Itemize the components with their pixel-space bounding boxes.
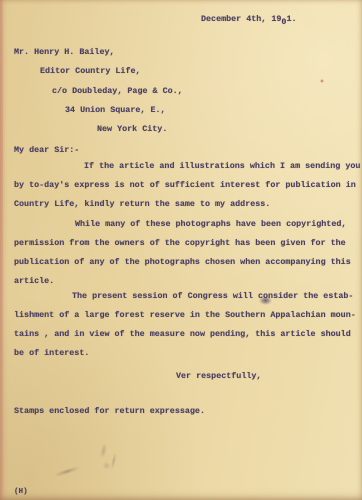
address-line-company: c/o Doubleday, Page & Co.,	[52, 82, 183, 101]
paragraph-3: The present session of Congress will con…	[14, 287, 356, 363]
closing-valediction: Ver respectfully,	[176, 367, 261, 386]
pencil-smudge	[54, 466, 80, 477]
paragraph-3-line-1: The present session of Congress will con…	[72, 287, 356, 306]
date-text: December 4th, 19	[201, 14, 281, 24]
paragraph-1-line-3: Country Life, kindly return the same to …	[14, 195, 360, 214]
paragraph-1-line-2: by to-day's express is not of sufficient…	[14, 176, 360, 195]
paragraph-2-line-2: permission from the owners of the copyri…	[14, 234, 351, 253]
address-line-name: Mr. Henry H. Bailey,	[14, 43, 183, 62]
paragraph-1-line-1: If the article and illustrations which I…	[84, 157, 360, 176]
recipient-address: Mr. Henry H. Bailey, Editor Country Life…	[14, 43, 183, 139]
paragraph-3-line-4: be of interest.	[14, 344, 356, 363]
address-line-title: Editor Country Life,	[40, 62, 183, 81]
paragraph-2-line-3: publication of any of the photographs ch…	[14, 253, 351, 272]
pencil-smudge	[90, 443, 129, 476]
date-text-end: 1.	[286, 14, 296, 24]
paragraph-3-line-2: lishment of a large forest reserve in th…	[14, 306, 356, 325]
address-line-city: New York City.	[97, 120, 183, 139]
footnote-initial: (H)	[14, 483, 28, 500]
date-subscript-zero: 0	[281, 17, 286, 27]
paragraph-1: If the article and illustrations which I…	[14, 157, 360, 214]
postscript-note: Stamps enclosed for return expressage.	[14, 402, 205, 421]
paper-speck	[320, 79, 324, 83]
letter-date: December 4th, 1901.	[201, 10, 297, 29]
address-line-street: 34 Union Square, E.,	[65, 101, 183, 120]
scan-edge-shadow	[0, 0, 3, 500]
paragraph-2-line-1: While many of these photographs have bee…	[75, 215, 351, 234]
letter-page: December 4th, 1901. Mr. Henry H. Bailey,…	[0, 0, 362, 500]
paragraph-3-line-3: tains , and in view of the measure now p…	[14, 325, 356, 344]
paragraph-2: While many of these photographs have bee…	[14, 215, 351, 291]
